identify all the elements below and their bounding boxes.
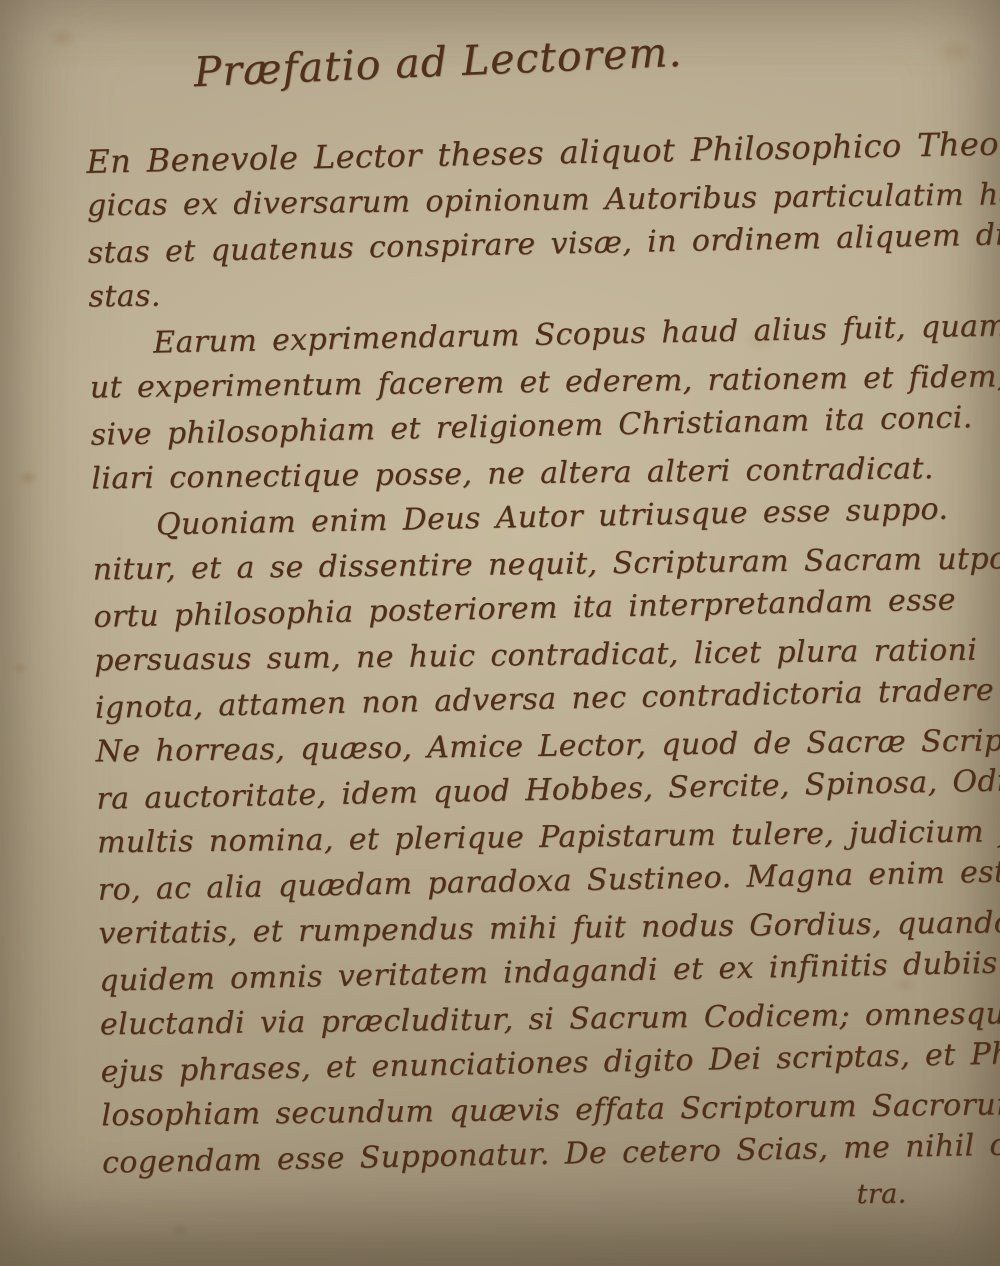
manuscript-page: Præfatio ad Lectorem. En Benevole Lector… [0, 0, 1000, 1266]
page-title: Præfatio ad Lectorem. [0, 17, 939, 107]
manuscript-text: En Benevole Lector theses aliquot Philos… [86, 124, 965, 1224]
